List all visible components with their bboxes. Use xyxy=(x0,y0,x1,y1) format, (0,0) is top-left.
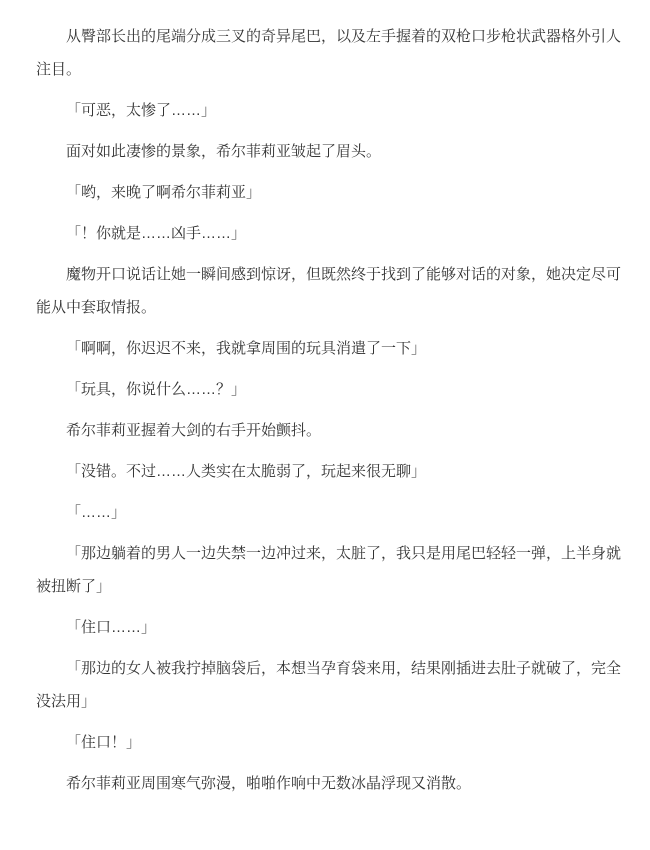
paragraph: 「住口！」 xyxy=(36,726,622,759)
paragraph: 「那边躺着的男人一边失禁一边冲过来，太脏了，我只是用尾巴轻轻一弹，上半身就被扭断… xyxy=(36,537,622,603)
paragraph: 魔物开口说话让她一瞬间感到惊讶，但既然终于找到了能够对话的对象，她决定尽可能从中… xyxy=(36,258,622,324)
paragraph: 「玩具，你说什么……？」 xyxy=(36,373,622,406)
novel-page: 从臀部长出的尾端分成三叉的奇异尾巴，以及左手握着的双枪口步枪状武器格外引人注目。… xyxy=(0,0,650,850)
paragraph: 希尔菲莉亚握着大剑的右手开始颤抖。 xyxy=(36,414,622,447)
paragraph: 「！你就是……凶手……」 xyxy=(36,217,622,250)
paragraph: 「那边的女人被我拧掉脑袋后，本想当孕育袋来用，结果刚插进去肚子就破了，完全没法用… xyxy=(36,652,622,718)
paragraph: 「啊啊，你迟迟不来，我就拿周围的玩具消遣了一下」 xyxy=(36,332,622,365)
paragraph: 「住口……」 xyxy=(36,611,622,644)
paragraph: 希尔菲莉亚周围寒气弥漫，啪啪作响中无数冰晶浮现又消散。 xyxy=(36,767,622,800)
paragraph: 「可恶，太惨了……」 xyxy=(36,94,622,127)
paragraph: 面对如此凄惨的景象，希尔菲莉亚皱起了眉头。 xyxy=(36,135,622,168)
paragraph: 「没错。不过……人类实在太脆弱了，玩起来很无聊」 xyxy=(36,455,622,488)
paragraph: 「……」 xyxy=(36,496,622,529)
paragraph: 「哟，来晚了啊希尔菲莉亚」 xyxy=(36,176,622,209)
paragraph: 从臀部长出的尾端分成三叉的奇异尾巴，以及左手握着的双枪口步枪状武器格外引人注目。 xyxy=(36,20,622,86)
